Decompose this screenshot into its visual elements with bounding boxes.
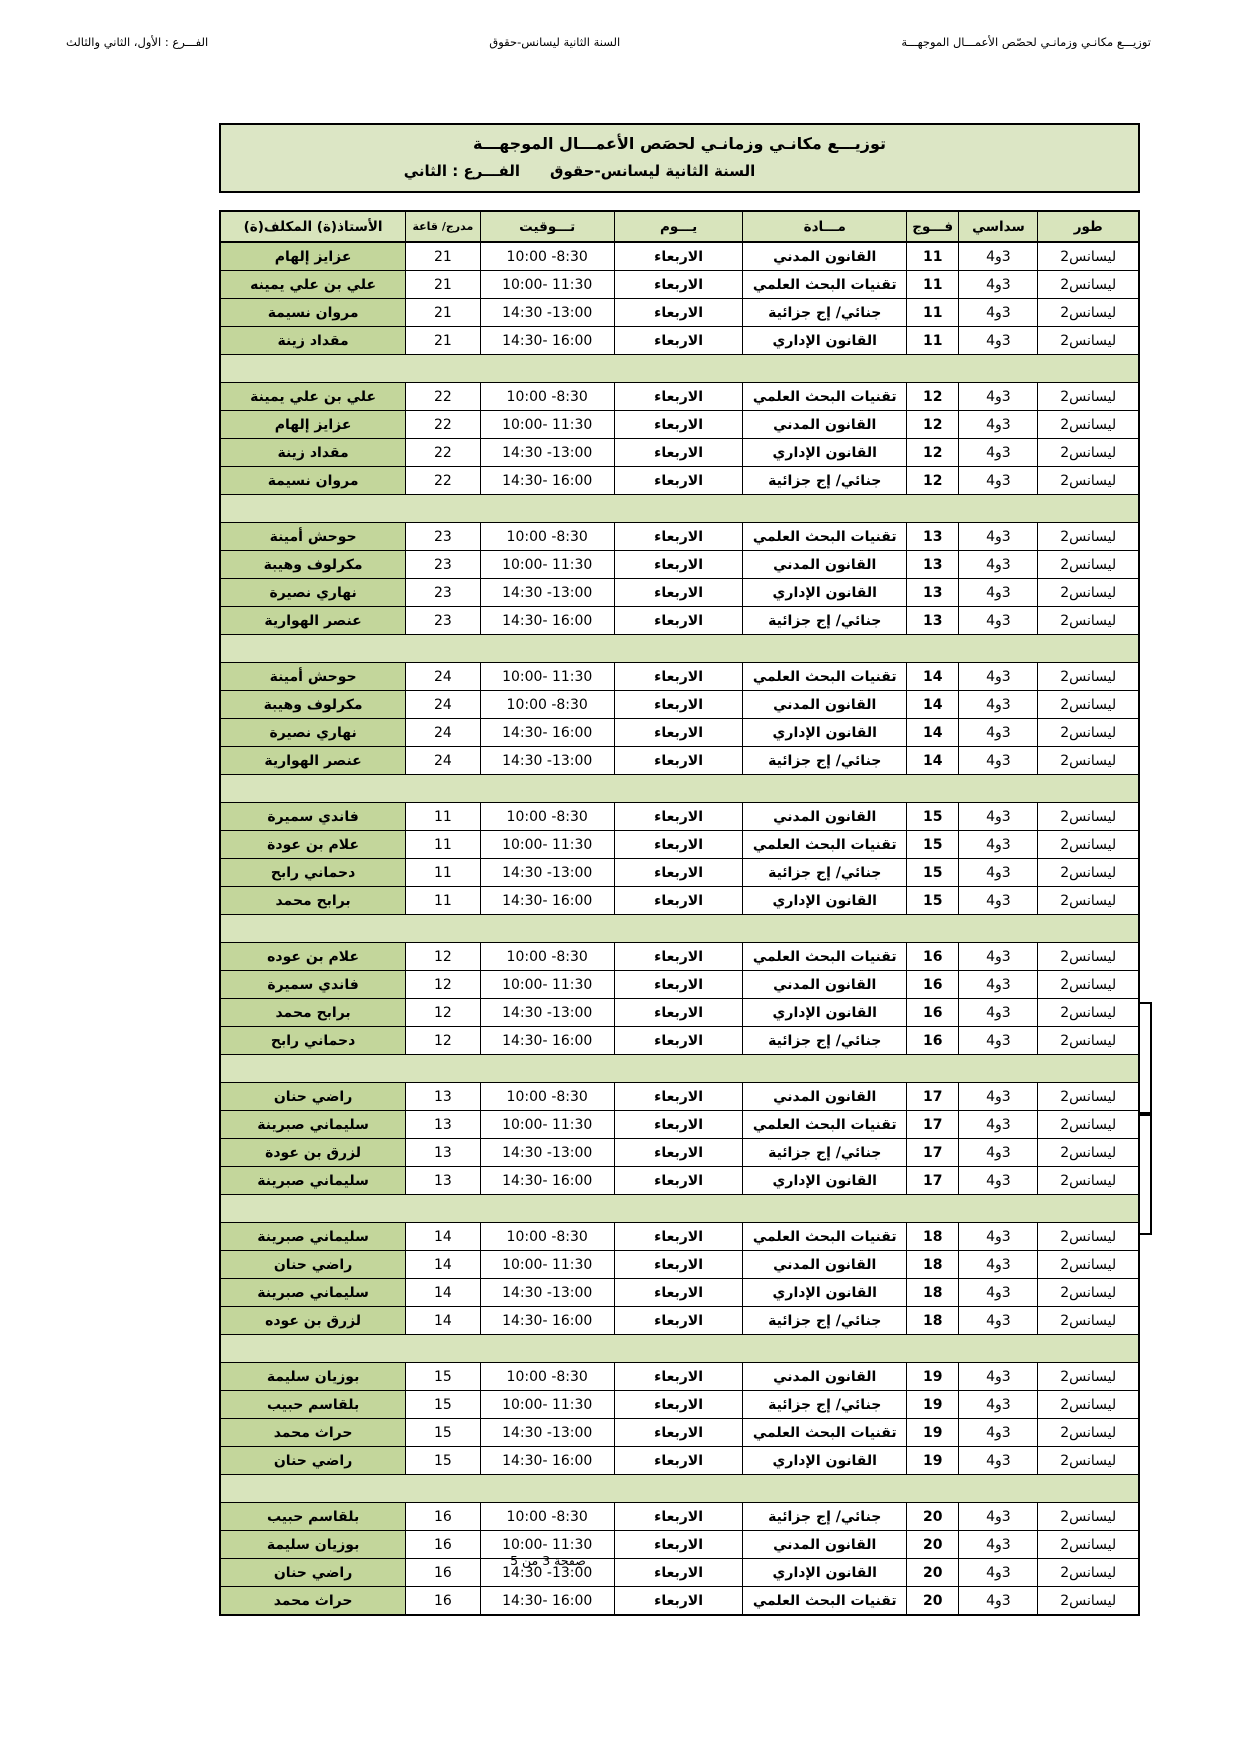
time-cell: 10:00- 11:30: [480, 1111, 614, 1139]
room-cell: 21: [406, 299, 480, 327]
column-header-instructor: الأستاذ(ة) المكلف(ة): [220, 211, 406, 242]
subject-cell: القانون الإداري: [743, 999, 907, 1027]
schedule-table-body: ليسانس23و411القانون المدنيالاربعاء10:00 …: [220, 242, 1139, 1615]
room-cell: 24: [406, 691, 480, 719]
phase-cell: ليسانس2: [1038, 1447, 1139, 1475]
semester-cell: 3و4: [959, 1559, 1038, 1587]
instructor-cell: بوزيان سليمة: [220, 1363, 406, 1391]
semester-cell: 3و4: [959, 943, 1038, 971]
phase-cell: ليسانس2: [1038, 1391, 1139, 1419]
day-cell: الاربعاء: [614, 299, 743, 327]
subject-cell: القانون الإداري: [743, 1167, 907, 1195]
day-cell: الاربعاء: [614, 1307, 743, 1335]
instructor-cell: راضي حنان: [220, 1083, 406, 1111]
room-cell: 22: [406, 411, 480, 439]
semester-cell: 3و4: [959, 551, 1038, 579]
phase-cell: ليسانس2: [1038, 943, 1139, 971]
group-cell: 17: [907, 1111, 959, 1139]
subject-cell: القانون المدني: [743, 551, 907, 579]
time-cell: 14:30 -13:00: [480, 1419, 614, 1447]
subject-cell: تقنيات البحث العلمي: [743, 271, 907, 299]
instructor-cell: دحماني رابح: [220, 859, 406, 887]
day-cell: الاربعاء: [614, 579, 743, 607]
page-header-center: السنة الثانية ليسانس-حقوق: [489, 36, 620, 50]
day-cell: الاربعاء: [614, 1363, 743, 1391]
time-cell: 14:30 -13:00: [480, 859, 614, 887]
table-row: ليسانس23و416القانون المدنيالاربعاء10:00-…: [220, 971, 1139, 999]
instructor-cell: دحماني رابح: [220, 1027, 406, 1055]
day-cell: الاربعاء: [614, 1559, 743, 1587]
instructor-cell: برابح محمد: [220, 887, 406, 915]
table-row: ليسانس23و417القانون المدنيالاربعاء10:00 …: [220, 1083, 1139, 1111]
semester-cell: 3و4: [959, 1279, 1038, 1307]
instructor-cell: برابح محمد: [220, 999, 406, 1027]
subject-cell: القانون المدني: [743, 691, 907, 719]
subject-cell: القانون الإداري: [743, 1279, 907, 1307]
group-cell: 19: [907, 1391, 959, 1419]
room-cell: 14: [406, 1279, 480, 1307]
time-cell: 14:30- 16:00: [480, 1447, 614, 1475]
time-cell: 10:00 -8:30: [480, 1503, 614, 1531]
table-row: ليسانس23و414القانون الإداريالاربعاء14:30…: [220, 719, 1139, 747]
room-cell: 15: [406, 1391, 480, 1419]
day-cell: الاربعاء: [614, 1167, 743, 1195]
table-row: ليسانس23و416تقنيات البحث العلميالاربعاء1…: [220, 943, 1139, 971]
title-subline: السنة الثانية ليسانس-حقوق الفـــرع : الث…: [127, 162, 1032, 180]
subject-cell: تقنيات البحث العلمي: [743, 663, 907, 691]
semester-cell: 3و4: [959, 1223, 1038, 1251]
instructor-cell: عنصر الهوارية: [220, 747, 406, 775]
group-bracket-1: [1138, 1002, 1152, 1116]
phase-cell: ليسانس2: [1038, 242, 1139, 271]
group-cell: 16: [907, 1027, 959, 1055]
day-cell: الاربعاء: [614, 551, 743, 579]
day-cell: الاربعاء: [614, 271, 743, 299]
group-cell: 11: [907, 299, 959, 327]
semester-cell: 3و4: [959, 887, 1038, 915]
instructor-cell: علي بن علي يمينة: [220, 383, 406, 411]
phase-cell: ليسانس2: [1038, 299, 1139, 327]
column-header-time: تـــوقيت: [480, 211, 614, 242]
time-cell: 10:00- 11:30: [480, 663, 614, 691]
subject-cell: القانون المدني: [743, 971, 907, 999]
semester-cell: 3و4: [959, 1111, 1038, 1139]
group-cell: 17: [907, 1083, 959, 1111]
instructor-cell: راضي حنان: [220, 1447, 406, 1475]
instructor-cell: علام بن عوده: [220, 943, 406, 971]
subject-cell: تقنيات البحث العلمي: [743, 943, 907, 971]
group-cell: 13: [907, 579, 959, 607]
block-separator: [220, 1195, 1139, 1223]
room-cell: 22: [406, 467, 480, 495]
table-row: ليسانس23و413جنائي/ إج جزائيةالاربعاء14:3…: [220, 607, 1139, 635]
subject-cell: القانون المدني: [743, 1083, 907, 1111]
phase-cell: ليسانس2: [1038, 999, 1139, 1027]
group-cell: 20: [907, 1559, 959, 1587]
page-header-right: توزيـــع مكانـي وزمانـي لحصّص الأعمـــال…: [901, 36, 1151, 50]
semester-cell: 3و4: [959, 1167, 1038, 1195]
day-cell: الاربعاء: [614, 439, 743, 467]
semester-cell: 3و4: [959, 299, 1038, 327]
block-separator: [220, 915, 1139, 943]
semester-cell: 3و4: [959, 803, 1038, 831]
time-cell: 14:30- 16:00: [480, 1167, 614, 1195]
day-cell: الاربعاء: [614, 411, 743, 439]
subject-cell: جنائي/ إج جزائية: [743, 1027, 907, 1055]
table-row: ليسانس23و412القانون المدنيالاربعاء10:00-…: [220, 411, 1139, 439]
table-row: ليسانس23و419جنائي/ إج جزائيةالاربعاء10:0…: [220, 1391, 1139, 1419]
group-cell: 12: [907, 411, 959, 439]
subject-cell: القانون الإداري: [743, 719, 907, 747]
phase-cell: ليسانس2: [1038, 691, 1139, 719]
phase-cell: ليسانس2: [1038, 663, 1139, 691]
table-row: ليسانس23و420القانون المدنيالاربعاء10:00-…: [220, 1531, 1139, 1559]
semester-cell: 3و4: [959, 1531, 1038, 1559]
phase-cell: ليسانس2: [1038, 1223, 1139, 1251]
semester-cell: 3و4: [959, 971, 1038, 999]
table-row: ليسانس23و419القانون المدنيالاربعاء10:00 …: [220, 1363, 1139, 1391]
page-header-left: الفـــرع : الأول، الثاني والثالث: [66, 36, 208, 50]
group-cell: 11: [907, 271, 959, 299]
group-cell: 16: [907, 971, 959, 999]
subject-cell: جنائي/ إج جزائية: [743, 1391, 907, 1419]
column-header-phase: طور: [1038, 211, 1139, 242]
semester-cell: 3و4: [959, 719, 1038, 747]
day-cell: الاربعاء: [614, 1503, 743, 1531]
table-row: ليسانس23و414القانون المدنيالاربعاء10:00 …: [220, 691, 1139, 719]
group-cell: 20: [907, 1503, 959, 1531]
instructor-cell: بوزيان سليمة: [220, 1531, 406, 1559]
room-cell: 13: [406, 1167, 480, 1195]
phase-cell: ليسانس2: [1038, 1559, 1139, 1587]
table-row: ليسانس23و415القانون الإداريالاربعاء14:30…: [220, 887, 1139, 915]
group-cell: 13: [907, 523, 959, 551]
instructor-cell: بلقاسم حبيب: [220, 1503, 406, 1531]
phase-cell: ليسانس2: [1038, 831, 1139, 859]
instructor-cell: علي بن علي يمينه: [220, 271, 406, 299]
table-row: ليسانس23و412جنائي/ إج جزائيةالاربعاء14:3…: [220, 467, 1139, 495]
phase-cell: ليسانس2: [1038, 579, 1139, 607]
phase-cell: ليسانس2: [1038, 1083, 1139, 1111]
table-row: ليسانس23و419القانون الإداريالاربعاء14:30…: [220, 1447, 1139, 1475]
title-year-label: السنة الثانية ليسانس-حقوق: [550, 162, 755, 180]
group-cell: 20: [907, 1531, 959, 1559]
day-cell: الاربعاء: [614, 1447, 743, 1475]
instructor-cell: مكرلوف وهيبة: [220, 691, 406, 719]
semester-cell: 3و4: [959, 1587, 1038, 1616]
phase-cell: ليسانس2: [1038, 747, 1139, 775]
time-cell: 10:00 -8:30: [480, 1363, 614, 1391]
phase-cell: ليسانس2: [1038, 1363, 1139, 1391]
semester-cell: 3و4: [959, 691, 1038, 719]
day-cell: الاربعاء: [614, 803, 743, 831]
day-cell: الاربعاء: [614, 971, 743, 999]
semester-cell: 3و4: [959, 1139, 1038, 1167]
time-cell: 10:00 -8:30: [480, 523, 614, 551]
group-cell: 15: [907, 803, 959, 831]
phase-cell: ليسانس2: [1038, 1027, 1139, 1055]
semester-cell: 3و4: [959, 579, 1038, 607]
room-cell: 23: [406, 551, 480, 579]
schedule-table-head: طورسداسيفـــوجمـــادةيـــومتـــوقيتمدرج/…: [220, 211, 1139, 242]
instructor-cell: حوحش أمينة: [220, 663, 406, 691]
subject-cell: تقنيات البحث العلمي: [743, 1111, 907, 1139]
phase-cell: ليسانس2: [1038, 551, 1139, 579]
phase-cell: ليسانس2: [1038, 411, 1139, 439]
subject-cell: جنائي/ إج جزائية: [743, 299, 907, 327]
column-header-room: مدرج/ قاعة: [406, 211, 480, 242]
group-cell: 20: [907, 1587, 959, 1616]
day-cell: الاربعاء: [614, 1587, 743, 1616]
phase-cell: ليسانس2: [1038, 271, 1139, 299]
semester-cell: 3و4: [959, 1251, 1038, 1279]
header-row: طورسداسيفـــوجمـــادةيـــومتـــوقيتمدرج/…: [220, 211, 1139, 242]
time-cell: 10:00 -8:30: [480, 691, 614, 719]
room-cell: 21: [406, 242, 480, 271]
schedule-table: طورسداسيفـــوجمـــادةيـــومتـــوقيتمدرج/…: [219, 210, 1140, 1616]
block-separator: [220, 355, 1139, 383]
phase-cell: ليسانس2: [1038, 1111, 1139, 1139]
subject-cell: تقنيات البحث العلمي: [743, 1223, 907, 1251]
table-row: ليسانس23و420تقنيات البحث العلميالاربعاء1…: [220, 1587, 1139, 1616]
group-cell: 19: [907, 1419, 959, 1447]
instructor-cell: سليماني صبرينة: [220, 1167, 406, 1195]
semester-cell: 3و4: [959, 1363, 1038, 1391]
room-cell: 15: [406, 1363, 480, 1391]
page-header: توزيـــع مكانـي وزمانـي لحصّص الأعمـــال…: [66, 36, 1151, 50]
group-cell: 12: [907, 439, 959, 467]
day-cell: الاربعاء: [614, 1279, 743, 1307]
room-cell: 11: [406, 831, 480, 859]
table-row: ليسانس23و418القانون الإداريالاربعاء14:30…: [220, 1279, 1139, 1307]
group-cell: 16: [907, 943, 959, 971]
room-cell: 23: [406, 607, 480, 635]
room-cell: 16: [406, 1587, 480, 1616]
time-cell: 14:30 -13:00: [480, 1279, 614, 1307]
day-cell: الاربعاء: [614, 383, 743, 411]
room-cell: 11: [406, 887, 480, 915]
time-cell: 10:00 -8:30: [480, 242, 614, 271]
group-cell: 17: [907, 1167, 959, 1195]
group-cell: 11: [907, 242, 959, 271]
phase-cell: ليسانس2: [1038, 1531, 1139, 1559]
semester-cell: 3و4: [959, 747, 1038, 775]
time-cell: 14:30 -13:00: [480, 579, 614, 607]
day-cell: الاربعاء: [614, 467, 743, 495]
semester-cell: 3و4: [959, 607, 1038, 635]
time-cell: 14:30 -13:00: [480, 439, 614, 467]
day-cell: الاربعاء: [614, 242, 743, 271]
room-cell: 24: [406, 719, 480, 747]
subject-cell: تقنيات البحث العلمي: [743, 523, 907, 551]
subject-cell: القانون الإداري: [743, 327, 907, 355]
subject-cell: القانون المدني: [743, 1531, 907, 1559]
instructor-cell: حوحش أمينة: [220, 523, 406, 551]
day-cell: الاربعاء: [614, 859, 743, 887]
instructor-cell: مقداد زينة: [220, 327, 406, 355]
subject-cell: جنائي/ إج جزائية: [743, 747, 907, 775]
subject-cell: القانون الإداري: [743, 439, 907, 467]
phase-cell: ليسانس2: [1038, 523, 1139, 551]
semester-cell: 3و4: [959, 411, 1038, 439]
group-cell: 17: [907, 1139, 959, 1167]
semester-cell: 3و4: [959, 523, 1038, 551]
subject-cell: جنائي/ إج جزائية: [743, 1503, 907, 1531]
subject-cell: القانون المدني: [743, 242, 907, 271]
instructor-cell: راضي حنان: [220, 1559, 406, 1587]
block-separator: [220, 775, 1139, 803]
time-cell: 10:00- 11:30: [480, 1391, 614, 1419]
table-row: ليسانس23و416جنائي/ إج جزائيةالاربعاء14:3…: [220, 1027, 1139, 1055]
instructor-cell: بلقاسم حبيب: [220, 1391, 406, 1419]
phase-cell: ليسانس2: [1038, 887, 1139, 915]
day-cell: الاربعاء: [614, 943, 743, 971]
room-cell: 13: [406, 1111, 480, 1139]
table-row: ليسانس23و414تقنيات البحث العلميالاربعاء1…: [220, 663, 1139, 691]
table-row: ليسانس23و412تقنيات البحث العلميالاربعاء1…: [220, 383, 1139, 411]
subject-cell: جنائي/ إج جزائية: [743, 859, 907, 887]
group-cell: 15: [907, 887, 959, 915]
day-cell: الاربعاء: [614, 1419, 743, 1447]
instructor-cell: فاندي سميرة: [220, 971, 406, 999]
subject-cell: القانون المدني: [743, 1251, 907, 1279]
group-cell: 15: [907, 859, 959, 887]
semester-cell: 3و4: [959, 663, 1038, 691]
semester-cell: 3و4: [959, 1503, 1038, 1531]
phase-cell: ليسانس2: [1038, 1587, 1139, 1616]
subject-cell: جنائي/ إج جزائية: [743, 1307, 907, 1335]
room-cell: 12: [406, 971, 480, 999]
semester-cell: 3و4: [959, 831, 1038, 859]
room-cell: 24: [406, 747, 480, 775]
room-cell: 14: [406, 1251, 480, 1279]
day-cell: الاربعاء: [614, 831, 743, 859]
subject-cell: القانون الإداري: [743, 1559, 907, 1587]
group-cell: 19: [907, 1447, 959, 1475]
semester-cell: 3و4: [959, 999, 1038, 1027]
table-row: ليسانس23و417جنائي/ إج جزائيةالاربعاء14:3…: [220, 1139, 1139, 1167]
time-cell: 10:00- 11:30: [480, 271, 614, 299]
group-cell: 13: [907, 551, 959, 579]
room-cell: 11: [406, 859, 480, 887]
phase-cell: ليسانس2: [1038, 607, 1139, 635]
group-cell: 12: [907, 467, 959, 495]
group-cell: 15: [907, 831, 959, 859]
phase-cell: ليسانس2: [1038, 859, 1139, 887]
room-cell: 12: [406, 999, 480, 1027]
phase-cell: ليسانس2: [1038, 327, 1139, 355]
table-row: ليسانس23و412القانون الإداريالاربعاء14:30…: [220, 439, 1139, 467]
phase-cell: ليسانس2: [1038, 719, 1139, 747]
subject-cell: القانون الإداري: [743, 887, 907, 915]
day-cell: الاربعاء: [614, 1027, 743, 1055]
phase-cell: ليسانس2: [1038, 971, 1139, 999]
phase-cell: ليسانس2: [1038, 383, 1139, 411]
semester-cell: 3و4: [959, 383, 1038, 411]
phase-cell: ليسانس2: [1038, 439, 1139, 467]
column-header-day: يـــوم: [614, 211, 743, 242]
time-cell: 10:00- 11:30: [480, 551, 614, 579]
room-cell: 21: [406, 271, 480, 299]
table-row: ليسانس23و418جنائي/ إج جزائيةالاربعاء14:3…: [220, 1307, 1139, 1335]
title-branch-label: الفـــرع : الثاني: [404, 162, 520, 180]
room-cell: 12: [406, 1027, 480, 1055]
table-row: ليسانس23و420جنائي/ إج جزائيةالاربعاء10:0…: [220, 1503, 1139, 1531]
semester-cell: 3و4: [959, 1447, 1038, 1475]
phase-cell: ليسانس2: [1038, 1503, 1139, 1531]
group-cell: 18: [907, 1251, 959, 1279]
room-cell: 21: [406, 327, 480, 355]
block-separator: [220, 495, 1139, 523]
instructor-cell: سليماني صبرينة: [220, 1223, 406, 1251]
instructor-cell: سليماني صبرينة: [220, 1279, 406, 1307]
room-cell: 14: [406, 1307, 480, 1335]
table-row: ليسانس23و413تقنيات البحث العلميالاربعاء1…: [220, 523, 1139, 551]
room-cell: 15: [406, 1419, 480, 1447]
instructor-cell: مروان نسيمة: [220, 299, 406, 327]
day-cell: الاربعاء: [614, 1531, 743, 1559]
table-row: ليسانس23و413القانون المدنيالاربعاء10:00-…: [220, 551, 1139, 579]
semester-cell: 3و4: [959, 439, 1038, 467]
subject-cell: جنائي/ إج جزائية: [743, 607, 907, 635]
room-cell: 16: [406, 1503, 480, 1531]
instructor-cell: نهاري نصيرة: [220, 719, 406, 747]
document-page: { "colors":{ "title_box_bg":"#dce6c5", "…: [0, 0, 1241, 1755]
instructor-cell: مكرلوف وهيبة: [220, 551, 406, 579]
phase-cell: ليسانس2: [1038, 1307, 1139, 1335]
table-row: ليسانس23و415تقنيات البحث العلميالاربعاء1…: [220, 831, 1139, 859]
semester-cell: 3و4: [959, 327, 1038, 355]
day-cell: الاربعاء: [614, 747, 743, 775]
room-cell: 22: [406, 439, 480, 467]
subject-cell: تقنيات البحث العلمي: [743, 831, 907, 859]
day-cell: الاربعاء: [614, 691, 743, 719]
group-cell: 19: [907, 1363, 959, 1391]
block-separator: [220, 1475, 1139, 1503]
instructor-cell: راضي حنان: [220, 1251, 406, 1279]
time-cell: 14:30 -13:00: [480, 999, 614, 1027]
block-separator: [220, 1055, 1139, 1083]
day-cell: الاربعاء: [614, 1391, 743, 1419]
page-number: صفحة 3 من 5: [468, 1553, 628, 1568]
day-cell: الاربعاء: [614, 1139, 743, 1167]
table-row: ليسانس23و418تقنيات البحث العلميالاربعاء1…: [220, 1223, 1139, 1251]
subject-cell: تقنيات البحث العلمي: [743, 1587, 907, 1616]
table-row: ليسانس23و418القانون المدنيالاربعاء10:00-…: [220, 1251, 1139, 1279]
subject-cell: القانون المدني: [743, 1363, 907, 1391]
instructor-cell: مقداد زينة: [220, 439, 406, 467]
table-row: ليسانس23و414جنائي/ إج جزائيةالاربعاء14:3…: [220, 747, 1139, 775]
time-cell: 14:30- 16:00: [480, 1587, 614, 1616]
day-cell: الاربعاء: [614, 607, 743, 635]
phase-cell: ليسانس2: [1038, 1279, 1139, 1307]
day-cell: الاربعاء: [614, 1251, 743, 1279]
time-cell: 14:30- 16:00: [480, 1027, 614, 1055]
time-cell: 14:30- 16:00: [480, 719, 614, 747]
table-row: ليسانس23و419تقنيات البحث العلميالاربعاء1…: [220, 1419, 1139, 1447]
semester-cell: 3و4: [959, 1083, 1038, 1111]
time-cell: 14:30- 16:00: [480, 467, 614, 495]
instructor-cell: علام بن عودة: [220, 831, 406, 859]
room-cell: 23: [406, 579, 480, 607]
day-cell: الاربعاء: [614, 663, 743, 691]
time-cell: 14:30 -13:00: [480, 747, 614, 775]
day-cell: الاربعاء: [614, 999, 743, 1027]
time-cell: 14:30 -13:00: [480, 299, 614, 327]
title-box: توزيـــع مكانـي وزمانـي لحصَص الأعمـــال…: [219, 123, 1140, 193]
phase-cell: ليسانس2: [1038, 1251, 1139, 1279]
column-header-semester: سداسي: [959, 211, 1038, 242]
